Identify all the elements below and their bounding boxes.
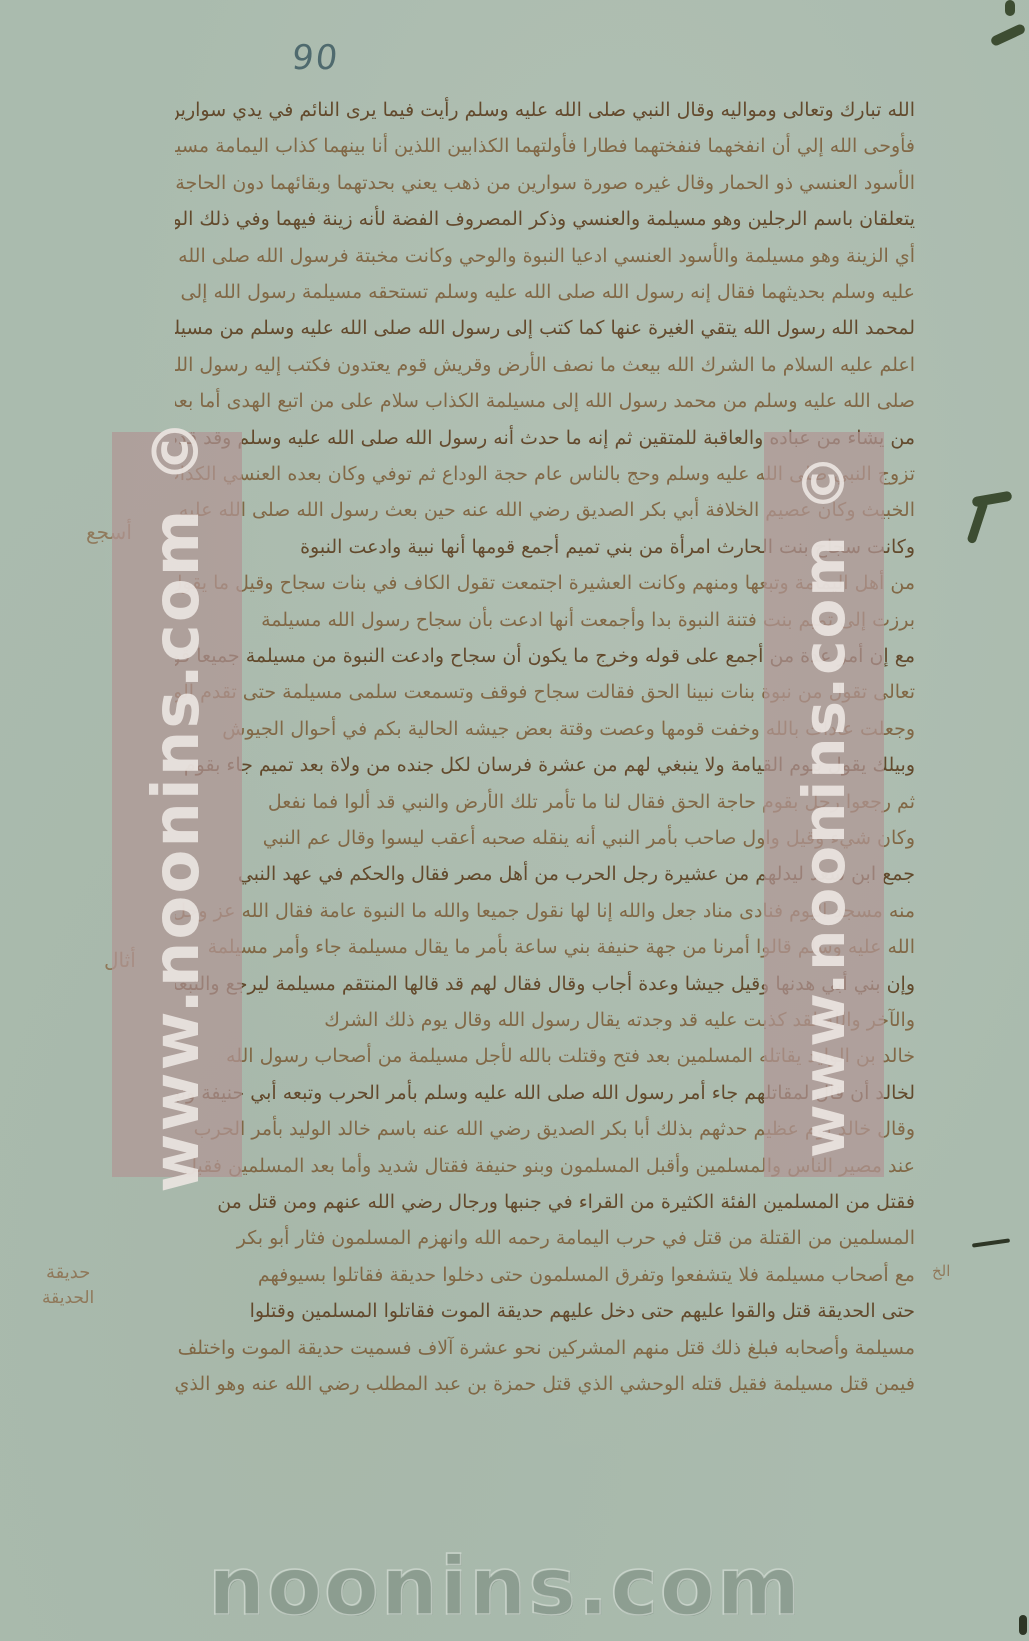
manuscript-line: يتعلقان باسم الرجلين وهو مسيلمة والعنسي … [175, 201, 915, 237]
manuscript-line: صلى الله عليه وسلم من محمد رسول الله إلى… [175, 383, 915, 419]
manuscript-line: فقتل من المسلمين الفئة الكثيرة من القراء… [175, 1184, 915, 1220]
ink-mark-bottom-right [1019, 1615, 1027, 1635]
watermark-band-right: www.noonins.com © [764, 432, 884, 1177]
ink-mark-top-right-2 [990, 23, 1027, 47]
page-number: 90 [290, 38, 341, 78]
manuscript-line: الأسود العنسي ذو الحمار وقال غيره صورة س… [175, 165, 915, 201]
manuscript-line: عليه وسلم بحديثهما فقال إنه رسول الله صل… [175, 274, 915, 310]
manuscript-line: فأوحى الله إلي أن انفخهما فنفختهما فطارا… [175, 128, 915, 164]
margin-note-left-lower-1: حديقة [46, 1262, 90, 1283]
manuscript-line: مسيلمة وأصحابه فبلغ ذلك قتل منهم المشركي… [175, 1330, 915, 1366]
manuscript-line: حتى الحديقة قتل والقوا عليهم حتى دخل علي… [175, 1293, 915, 1329]
manuscript-line: لمحمد الله رسول الله يتقي الغيرة عنها كم… [175, 310, 915, 346]
manuscript-line: المسلمين من القتلة من قتل في حرب اليمامة… [175, 1220, 915, 1256]
manuscript-line: مع أصحاب مسيلمة فلا يتشفعوا وتفرق المسلم… [175, 1257, 915, 1293]
ink-mark-top-right-1 [1005, 0, 1015, 16]
margin-note-left-lower-2: الحديقة [42, 1288, 94, 1308]
manuscript-page: 90 الله تبارك وتعالى ومواليه وقال النبي … [0, 0, 1029, 1641]
ink-mark-right-dash [972, 1238, 1010, 1247]
watermark-band-left: www.noonins.com © [112, 432, 242, 1177]
watermark-text-right: www.noonins.com © [790, 452, 858, 1158]
watermark-bottom: noonins.com [205, 1540, 805, 1633]
manuscript-line: فيمن قتل مسيلمة فقيل قتله الوحشي الذي قت… [175, 1366, 915, 1402]
manuscript-line: الله تبارك وتعالى ومواليه وقال النبي صلى… [175, 92, 915, 128]
margin-note-right-lower: الخ [932, 1262, 950, 1280]
manuscript-line: اعلم عليه السلام ما الشرك الله بيعث ما ن… [175, 347, 915, 383]
ink-mark-right-curve-2 [966, 500, 988, 545]
manuscript-line: أي الزينة وهو مسيلمة والأسود العنسي ادعي… [175, 238, 915, 274]
watermark-text-left: www.noonins.com © [140, 417, 214, 1192]
